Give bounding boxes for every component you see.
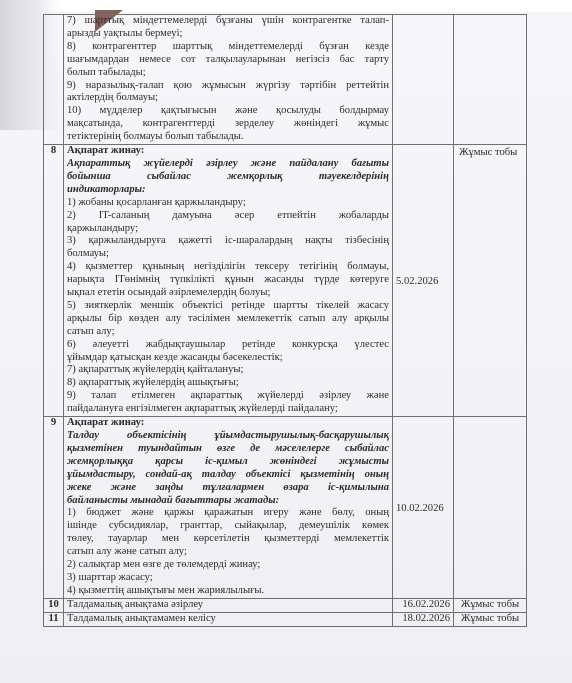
- row-date-text: 5.02.2026: [396, 276, 450, 289]
- text-line: жемқорлыққа қарсы іс-қимыл жөніндегі жұм…: [67, 456, 389, 469]
- text-line: 9) наразылық-талап қою жұмысын жүргізу т…: [67, 80, 389, 93]
- row-description: Талдамалық анықтамамен келісу: [64, 612, 393, 626]
- row-date: 18.02.2026: [393, 612, 454, 626]
- text-line: ішінде субсидиялар, гранттар, сыйақылар,…: [67, 520, 389, 533]
- text-line: арқылы бір көзден алу тәсілімен мемлекет…: [67, 313, 389, 326]
- row-number: 9: [44, 417, 64, 599]
- text-line: байланысты мынадай бағыттары жатады:: [67, 495, 389, 508]
- row-responsible-text: Жұмыс тобы: [457, 147, 523, 160]
- text-line: жеке және заңды тұлғалармен өзара іс-қим…: [67, 482, 389, 495]
- text-line: болып табылады;: [67, 67, 389, 80]
- row-responsible: Жұмыс тобы: [454, 612, 527, 626]
- text-line: шағымдардан немесе сот талқылауларынан н…: [67, 54, 389, 67]
- table-row: 9 Ақпарат жинау: Талдау объектісінің ұйы…: [44, 417, 527, 599]
- text-line: 5) зияткерлік меншік объектісі ретінде ш…: [67, 300, 389, 313]
- row-date: 10.02.2026: [393, 417, 454, 599]
- text-line: ұйымдар қатысқан кезде жасанды бәсекелес…: [67, 352, 389, 365]
- text-line: 3) қаржыландыруға қажетті іс-шаралардың …: [67, 235, 389, 248]
- row-description: Ақпарат жинау: Талдау объектісінің ұйымд…: [64, 417, 393, 599]
- row-date-text: 10.02.2026: [396, 503, 450, 516]
- text-line: тетіктерінің болмауы болып табылады.: [67, 131, 389, 144]
- row-description: Талдамалық анықтама әзірлеу: [64, 598, 393, 612]
- text-line: 4) қызметтер құнының негізділігін тексер…: [67, 261, 389, 274]
- table-row: 8 Ақпарат жинау: Ақпараттық жүйелерді әз…: [44, 145, 527, 417]
- row-responsible: Жұмыс тобы: [454, 145, 527, 417]
- text-line: 6) әлеуетті жабдықтаушылар ретінде конку…: [67, 339, 389, 352]
- text-line: 8) ақпараттық жүйелердің ашықтығы;: [67, 377, 389, 390]
- text-line: 9) талап етілмеген ақпараттық жүйелерді …: [67, 390, 389, 403]
- table-row: 11 Талдамалық анықтамамен келісу 18.02.2…: [44, 612, 527, 626]
- row-heading: Ақпарат жинау:: [67, 145, 389, 158]
- text-line: 8) контрагенттер шарттық міндеттемелерді…: [67, 41, 389, 54]
- row-date: [393, 15, 454, 145]
- text-line: 1) бюджет және қаржы қаражатын игеру жән…: [67, 507, 389, 520]
- text-line: ықпал ететін осындай әзірлемелердің болу…: [67, 287, 389, 300]
- text-line: төлеу, тауарлар мен көрсетілетін қызметт…: [67, 533, 389, 546]
- row-italic-heading: Ақпараттық жүйелерді әзірлеу және пайдал…: [67, 158, 389, 197]
- row-items: 1) жобаны қосарланған қаржыландыру;2) IT…: [67, 197, 389, 416]
- text-line: нарықта ITөнімнің түпкілікті құнын жасан…: [67, 274, 389, 287]
- row-description: 7) шарттық міндеттемелерді бұзғаны үшін …: [64, 15, 393, 145]
- text-line: 1) жобаны қосарланған қаржыландыру;: [67, 197, 389, 210]
- scanned-page: 7) шарттық міндеттемелерді бұзғаны үшін …: [0, 0, 572, 683]
- row-italic-heading: Талдау объектісінің ұйымдастырушылық-бас…: [67, 430, 389, 507]
- row-number: 8: [44, 145, 64, 417]
- text-line: 4) қызметтің ашықтығы мен жариялылығы.: [67, 585, 389, 598]
- text-line: арызды уақтылы бермеуі;: [67, 28, 389, 41]
- text-line: 7) ақпараттық жүйелердің қайталануы;: [67, 364, 389, 377]
- text-line: актілердің болмауы;: [67, 92, 389, 105]
- text-line: болмауы;: [67, 248, 389, 261]
- text-line: ұйымдастыру, сондай-ақ талдау объектісі …: [67, 469, 389, 482]
- action-plan-table: 7) шарттық міндеттемелерді бұзғаны үшін …: [43, 14, 527, 627]
- row-responsible: Жұмыс тобы: [454, 598, 527, 612]
- table-row: 10 Талдамалық анықтама әзірлеу 16.02.202…: [44, 598, 527, 612]
- text-line: 2) салықтар мен өзге де төлемдерді жинау…: [67, 559, 389, 572]
- row-responsible: [454, 417, 527, 599]
- row-number: 11: [44, 612, 64, 626]
- row-items: 1) бюджет және қаржы қаражатын игеру жән…: [67, 507, 389, 597]
- row-responsible: [454, 15, 527, 145]
- text-line: Ақпараттық жүйелерді әзірлеу және пайдал…: [67, 158, 389, 171]
- row-description: Ақпарат жинау: Ақпараттық жүйелерді әзір…: [64, 145, 393, 417]
- text-line: сатып алу;: [67, 326, 389, 339]
- text-line: 3) шарттар жасасу;: [67, 572, 389, 585]
- text-line: Талдау объектісінің ұйымдастырушылық-бас…: [67, 430, 389, 443]
- text-line: қаржыландыру;: [67, 223, 389, 236]
- text-line: бойынша сыбайлас жемқорлық тәуекелдеріні…: [67, 171, 389, 184]
- table-row: 7) шарттық міндеттемелерді бұзғаны үшін …: [44, 15, 527, 145]
- page-top-edge: [0, 0, 572, 12]
- text-line: пайдалануға енгізілмеген ақпараттық жүйе…: [67, 403, 389, 416]
- text-line: сатып алу және сатып алу;: [67, 546, 389, 559]
- row-date: 5.02.2026: [393, 145, 454, 417]
- text-line: мақсатында, контрагенттерді зерделеу жөн…: [67, 118, 389, 131]
- text-line: 10) мүдделер қақтығысын және қосылуды бо…: [67, 105, 389, 118]
- text-line: 7) шарттық міндеттемелерді бұзғаны үшін …: [67, 15, 389, 28]
- row-heading: Ақпарат жинау:: [67, 417, 389, 430]
- text-line: индикаторлары:: [67, 184, 389, 197]
- text-line: қызметінен туындайтын өзге де мәселелерг…: [67, 443, 389, 456]
- row-number: [44, 15, 64, 145]
- text-line: 2) IT-саланың дамуына әсер етпейтін жоба…: [67, 210, 389, 223]
- row-number: 10: [44, 598, 64, 612]
- row-date: 16.02.2026: [393, 598, 454, 612]
